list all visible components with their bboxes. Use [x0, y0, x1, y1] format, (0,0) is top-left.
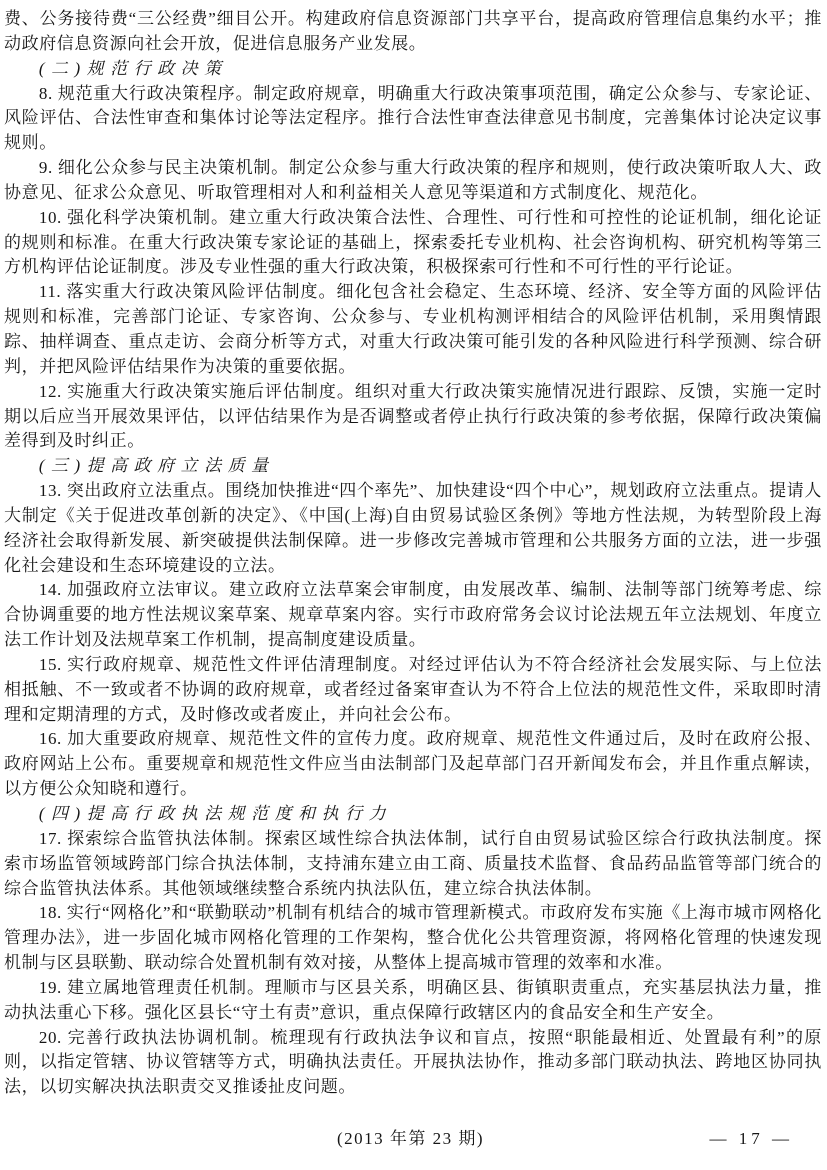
- section-heading: (三)提高政府立法质量: [4, 454, 822, 479]
- paragraph: 12. 实施重大行政决策实施后评估制度。组织对重大行政决策实施情况进行跟踪、反馈…: [4, 380, 822, 455]
- paragraph: 20. 完善行政执法协调机制。梳理现有行政执法争议和盲点，按照“职能最相近、处置…: [4, 1026, 822, 1101]
- paragraph: 19. 建立属地管理责任机制。理顺市与区县关系，明确区县、街镇职责重点，充实基层…: [4, 976, 822, 1026]
- document-body: 费、公务接待费“三公经费”细目公开。构建政府信息资源部门共享平台，提高政府管理信…: [0, 0, 827, 1100]
- paragraph: 14. 加强政府立法审议。建立政府立法草案会审制度，由发展改革、编制、法制等部门…: [4, 578, 822, 653]
- paragraph: 11. 落实重大行政决策风险评估制度。细化包含社会稳定、生态环境、经济、安全等方…: [4, 280, 822, 379]
- paragraph: 17. 探索综合监管执法体制。探索区域性综合执法体制，试行自由贸易试验区综合行政…: [4, 827, 822, 902]
- issue-label: (2013 年第 23 期): [337, 1126, 484, 1152]
- paragraph: 18. 实行“网格化”和“联勤联动”机制有机结合的城市管理新模式。市政府发布实施…: [4, 901, 822, 976]
- paragraph: 10. 强化科学决策机制。建立重大行政决策合法性、合理性、可行性和可控性的论证机…: [4, 206, 822, 281]
- page-footer: (2013 年第 23 期) — 17 —: [0, 1126, 827, 1152]
- page-number: — 17 —: [710, 1126, 794, 1152]
- paragraph: 8. 规范重大行政决策程序。制定政府规章，明确重大行政决策事项范围，确定公众参与…: [4, 82, 822, 157]
- paragraph: 15. 实行政府规章、规范性文件评估清理制度。对经过评估认为不符合经济社会发展实…: [4, 653, 822, 728]
- section-heading: (四)提高行政执法规范度和执行力: [4, 802, 822, 827]
- section-heading: (二)规范行政决策: [4, 57, 822, 82]
- paragraph: 9. 细化公众参与民主决策机制。制定公众参与重大行政决策的程序和规则，使行政决策…: [4, 156, 822, 206]
- paragraph: 13. 突出政府立法重点。围绕加快推进“四个率先”、加快建设“四个中心”，规划政…: [4, 479, 822, 578]
- document-page: 费、公务接待费“三公经费”细目公开。构建政府信息资源部门共享平台，提高政府管理信…: [0, 0, 827, 1170]
- paragraph: 费、公务接待费“三公经费”细目公开。构建政府信息资源部门共享平台，提高政府管理信…: [4, 7, 822, 57]
- paragraph: 16. 加大重要政府规章、规范性文件的宣传力度。政府规章、规范性文件通过后，及时…: [4, 727, 822, 802]
